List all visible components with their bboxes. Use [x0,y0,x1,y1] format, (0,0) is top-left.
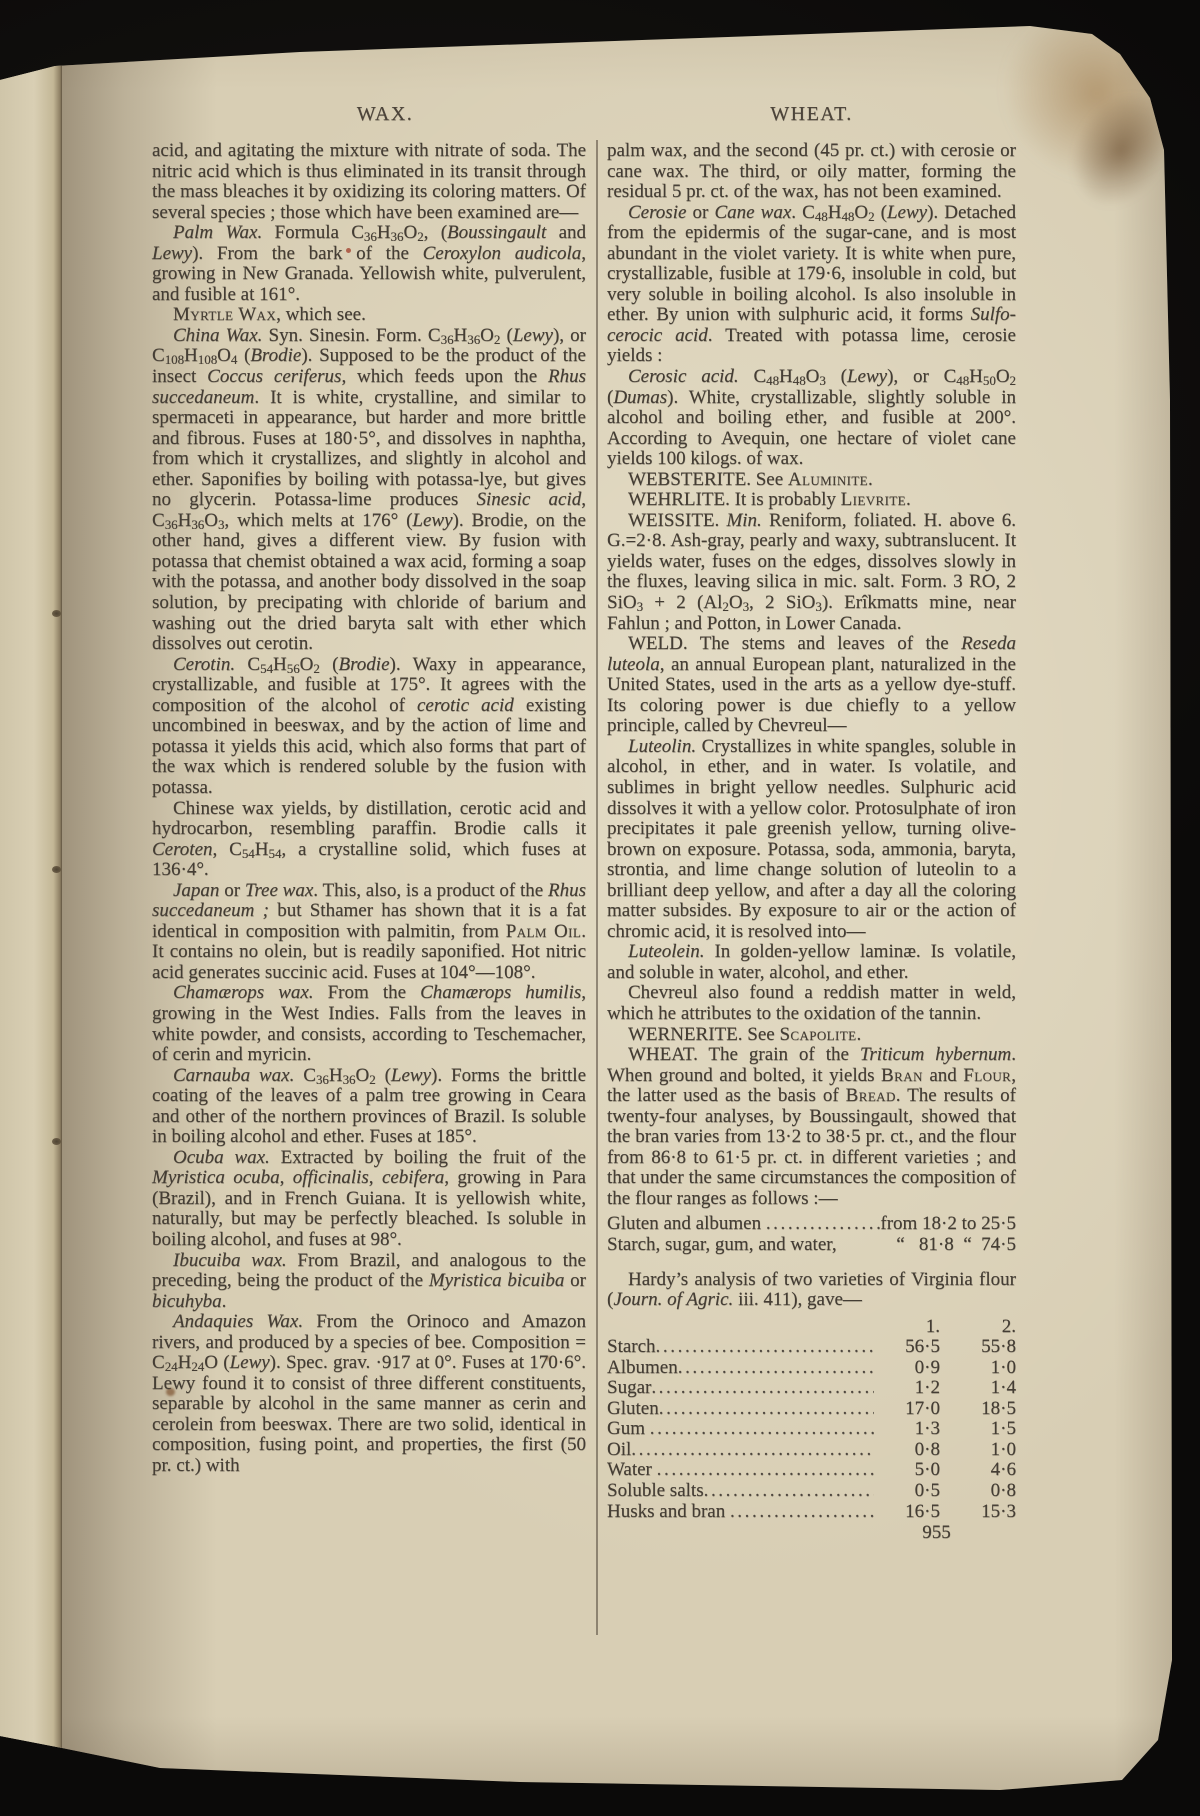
binding-hole [52,1138,61,1145]
table-row: Gluten17·018·5 [607,1399,1016,1420]
row-label: Oil [607,1440,631,1461]
paragraph: Chamærops wax. From the Chamærops humili… [152,983,586,1065]
value-2: 0·8 [940,1481,1016,1502]
range-label: Starch, sugar, gum, and water, [607,1235,837,1256]
value-1: 56·5 [874,1337,940,1358]
paragraph: WERNERITE. See Scapolite. [607,1025,1016,1046]
paragraph: Palm Wax. Formula C36H36O2, (Boussingaul… [152,223,586,305]
leader-dots [657,1460,874,1481]
row-label: Gum [607,1419,650,1440]
paragraph: Ibucuiba wax. From Brazil, and analogous… [152,1251,586,1313]
column-header-2: 2. [940,1317,1016,1338]
value-1: 0·9 [874,1358,940,1379]
table-row: Albumen0·91·0 [607,1358,1016,1379]
column-header-1: 1. [874,1317,940,1338]
table-row: Starch56·555·8 [607,1337,1016,1358]
paragraph: China Wax. Syn. Sinesin. Form. C36H36O2 … [152,326,586,655]
range-label: Gluten and albumen [607,1214,766,1235]
paragraph: Japan or Tree wax. This, also, is a prod… [152,881,586,984]
value-1: 5·0 [874,1460,940,1481]
paragraph: Cerosic acid. C48H48O3 (Lewy), or C48H50… [607,367,1016,470]
table-row: Soluble salts0·50·8 [607,1481,1016,1502]
paragraph: palm wax, and the second (45 pr. ct.) wi… [607,141,1016,203]
analysis-table: 1.2.Starch56·555·8Albumen0·91·0Sugar1·21… [607,1317,1016,1522]
table-row: Oil0·81·0 [607,1440,1016,1461]
page-stack-edge [0,0,62,1796]
range-value: “ 81·8 “ 74·5 [896,1235,1016,1256]
paragraph: WELD. The stems and leaves of the Reseda… [607,634,1016,737]
paragraph: Chevreul also found a reddish matter in … [607,983,1016,1024]
paragraph: acid, and agitating the mixture with nit… [152,141,586,223]
left-column: acid, and agitating the mixture with nit… [152,141,586,1477]
value-1: 1·3 [874,1419,940,1440]
running-head-wheat: WHEAT. [607,103,1016,126]
paragraph: Carnauba wax. C36H36O2 (Lewy). Forms the… [152,1066,586,1148]
paragraph: WEBSTERITE. See Aluminite. [607,470,1016,491]
leader-dots [631,1440,874,1461]
value-2: 18·5 [940,1399,1016,1420]
leader-dots [659,1399,874,1420]
column-divider [596,140,598,1635]
value-2: 1·0 [940,1358,1016,1379]
right-column-paragraphs: palm wax, and the second (45 pr. ct.) wi… [607,141,1016,1209]
paragraph: Ocuba wax. Extracted by boiling the frui… [152,1148,586,1251]
table-row: Water 5·04·6 [607,1460,1016,1481]
value-1: 17·0 [874,1399,940,1420]
flour-range-lines: Gluten and albumen from 18·2 to 25·5Star… [607,1214,1016,1255]
page-number: 955 [607,1523,1016,1544]
photo-background: WAX. WHEAT. acid, and agitating the mixt… [0,0,1200,1816]
hardy-intro: Hardy’s analysis of two varieties of Vir… [607,1270,1016,1311]
binding-hole [52,610,61,617]
value-2: 15·3 [940,1502,1016,1523]
row-label: Water [607,1460,657,1481]
binding-hole [52,866,61,873]
leader-dots [651,1378,874,1399]
row-label: Soluble salts [607,1481,704,1502]
value-2: 4·6 [940,1460,1016,1481]
leader-dots [766,1214,881,1235]
flour-range-line: Starch, sugar, gum, and water,“ 81·8 “ 7… [607,1235,1016,1256]
paragraph: WHEAT. The grain of the Triticum hybernu… [607,1045,1016,1209]
table-row: Husks and bran 16·515·3 [607,1502,1016,1523]
paragraph: Cerosie or Cane wax. C48H48O2 (Lewy). De… [607,203,1016,367]
leader-dots [656,1337,874,1358]
value-1: 0·5 [874,1481,940,1502]
paragraph: Luteolin. Crystallizes in white spangles… [607,737,1016,942]
leader-dots [678,1358,874,1379]
table-row: Gum 1·31·5 [607,1419,1016,1440]
paragraph: WEISSITE. Min. Reniform, foliated. H. ab… [607,511,1016,634]
paragraph: Myrtle Wax, which see. [152,305,586,326]
row-label: Starch [607,1337,656,1358]
table-row: Sugar1·21·4 [607,1378,1016,1399]
running-head-wax: WAX. [170,103,600,126]
leader-dots [730,1502,874,1523]
right-column: palm wax, and the second (45 pr. ct.) wi… [607,141,1016,1544]
value-2: 55·8 [940,1337,1016,1358]
paragraph: Cerotin. C54H56O2 (Brodie). Waxy in appe… [152,655,586,799]
value-2: 1·0 [940,1440,1016,1461]
value-1: 1·2 [874,1378,940,1399]
row-label: Albumen [607,1358,678,1379]
paragraph: Chinese wax yields, by distillation, cer… [152,799,586,881]
range-value: from 18·2 to 25·5 [880,1214,1016,1235]
row-label: Husks and bran [607,1502,730,1523]
table-header-row: 1.2. [607,1317,1016,1338]
paragraph: Luteolein. In golden-yellow laminæ. Is v… [607,942,1016,983]
leader-dots [650,1419,874,1440]
leader-dots [704,1481,874,1502]
value-2: 1·5 [940,1419,1016,1440]
paragraph: Andaquies Wax. From the Orinoco and Amaz… [152,1312,586,1476]
paragraph: WEHRLITE. It is probably Lievrite. [607,490,1016,511]
value-1: 0·8 [874,1440,940,1461]
flour-range-line: Gluten and albumen from 18·2 to 25·5 [607,1214,1016,1235]
value-2: 1·4 [940,1378,1016,1399]
value-1: 16·5 [874,1502,940,1523]
row-label: Gluten [607,1399,659,1420]
row-label: Sugar [607,1378,651,1399]
book-page: WAX. WHEAT. acid, and agitating the mixt… [0,0,1174,1796]
